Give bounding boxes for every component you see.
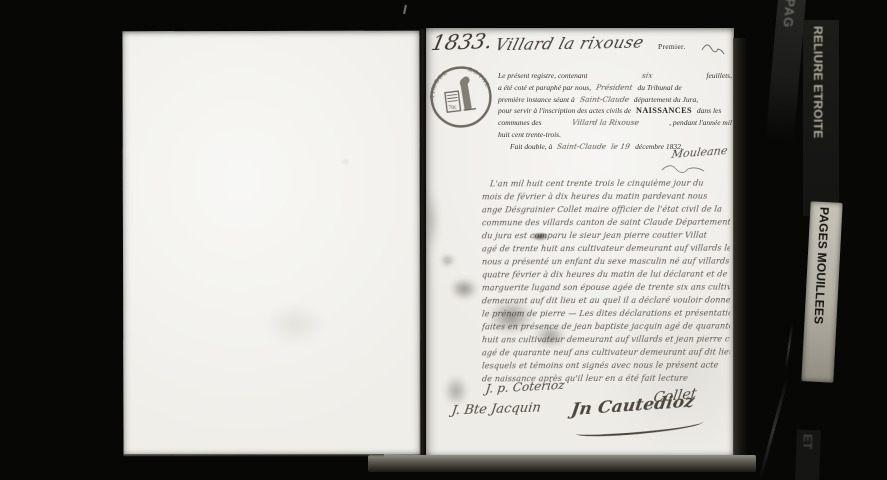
shadowed-label-strip: PAG (766, 0, 807, 143)
handwriting-line: lesquels et témoins ont signés avec nous… (481, 359, 730, 373)
preamble-line: première instance séant à Saint-Claude d… (498, 94, 732, 106)
gutter-smear (426, 188, 438, 252)
dust-speck (403, 5, 407, 14)
dim-bottom-label: ET (795, 430, 821, 480)
register-page: 1833. Villard la rixouse Premier. TIMBRE… (426, 28, 734, 456)
royal-stamp-icon: TIMBRE ROYAL 70c (424, 60, 498, 134)
preamble-line: a été coté et paraphé par nous, Présiden… (498, 82, 732, 94)
pen-flourish-icon (700, 40, 726, 56)
printed-caps: NAISSANCES (636, 105, 692, 117)
handwriting-line: marguerite lugand son épouse agée de tre… (481, 281, 730, 295)
stamp-value: 70c (448, 104, 457, 111)
printed-text: a été coté et paraphé par nous, (498, 82, 591, 94)
clerk-signature: Mouleane (671, 144, 729, 161)
svg-text:TIMBRE: TIMBRE (426, 69, 452, 100)
printed-text: du Tribunal de (638, 82, 682, 94)
glare-line (785, 324, 793, 370)
ink-blot (444, 376, 468, 406)
reliure-etroite-label: RELIURE ETROITE (803, 20, 839, 216)
printed-text: première instance séant à (498, 94, 575, 106)
printed-text: Fait double, à (510, 141, 552, 153)
microfilm-scan: 1833. Villard la rixouse Premier. TIMBRE… (0, 0, 887, 480)
ink-blot (534, 324, 566, 348)
dim-label-text: PAG (780, 0, 798, 29)
glare-line (758, 377, 788, 480)
stamp-arc-right: ROYAL (466, 64, 491, 91)
handwriting-line: agé de trente huit ans cultivateur demeu… (481, 242, 730, 256)
printed-text: , pendant l'année mil (669, 117, 732, 129)
ink-blot (450, 278, 478, 300)
small-mark (341, 159, 351, 165)
preamble-line: huit cent trente-trois. (498, 129, 732, 141)
water-stain (263, 303, 327, 345)
book-bottom-edge (368, 455, 756, 472)
stamp-figure (459, 76, 473, 111)
handwritten-fill: Président (595, 82, 633, 94)
handwriting-line: du jura est comparu le sieur jean pierre… (481, 229, 730, 243)
handwriting-line: huit ans cultivateur demeurant auf villa… (481, 333, 730, 347)
printed-text: pour servir à l'inscription des actes ci… (498, 105, 631, 117)
ink-blot (440, 254, 455, 267)
book-fore-edge (733, 38, 748, 456)
handwriting-line: quatre février à dix heures du matin de … (481, 268, 730, 282)
handwriting-line: commune des villards canton de saint Cla… (481, 216, 730, 230)
page-header: 1833. Villard la rixouse Premier. (432, 28, 732, 62)
premier-label: Premier. (658, 42, 686, 51)
printed-text: Le présent registre, contenant (498, 70, 587, 82)
handwritten-fill: Villard la Rixouse (571, 117, 640, 129)
handwriting-line: ange Désgrainier Collet maire officier d… (481, 203, 730, 217)
handwriting-line: agé de quarante neuf ans cultivateur dem… (481, 346, 730, 360)
handwritten-fill: six (641, 70, 654, 82)
handwriting-line: mois de février à dix heures du matin pa… (481, 190, 730, 204)
year-heading: 1833. (429, 29, 495, 55)
handwritten-fill: Saint-Claude (579, 94, 630, 106)
printed-preamble: Le présent registre, contenant six feuil… (498, 70, 732, 153)
signature-flourish (576, 420, 704, 439)
page-bottom-shadow (124, 454, 384, 457)
printed-text: communes des (498, 117, 542, 129)
preamble-line: Le présent registre, contenant six feuil… (498, 70, 732, 82)
dim-bottom-text: ET (800, 434, 815, 450)
handwritten-fill: le 19 (610, 141, 631, 153)
printed-text: dans les (697, 105, 721, 117)
printed-text: département du Jura, (634, 94, 698, 106)
pages-label-text: PAGES MOUILLEES (811, 207, 831, 325)
pages-mouillees-label: PAGES MOUILLEES (801, 201, 842, 382)
printed-text: feuillets, (706, 70, 732, 82)
witness-signature: J. Bte Jacquin (451, 400, 542, 418)
witness-signature: J. p. Coterioz (485, 378, 566, 396)
handwriting-line: nous a présenté un enfant du sexe mascul… (481, 255, 730, 269)
ink-blot (488, 300, 534, 334)
stamp-arc-left: TIMBRE (426, 69, 452, 100)
father-signature: Jn Cautedioz (570, 392, 696, 420)
ink-flourish-icon (660, 162, 706, 174)
preamble-line: communes des Villard la Rixouse , pendan… (498, 117, 732, 129)
printed-text: huit cent trente-trois. (498, 129, 561, 141)
preamble-line: pour servir à l'inscription des actes ci… (498, 105, 732, 117)
handwriting-line: L'an mil huit cent trente trois le cinqu… (481, 177, 730, 191)
left-blank-page (122, 31, 420, 456)
svg-text:ROYAL: ROYAL (466, 64, 491, 91)
handwritten-fill: Saint-Claude (556, 141, 607, 153)
reliure-label-text: RELIURE ETROITE (811, 26, 825, 139)
act-body: L'an mil huit cent trente trois le cinqu… (482, 177, 730, 385)
commune-heading: Villard la rixouse (493, 33, 646, 55)
ink-blot (531, 232, 549, 241)
